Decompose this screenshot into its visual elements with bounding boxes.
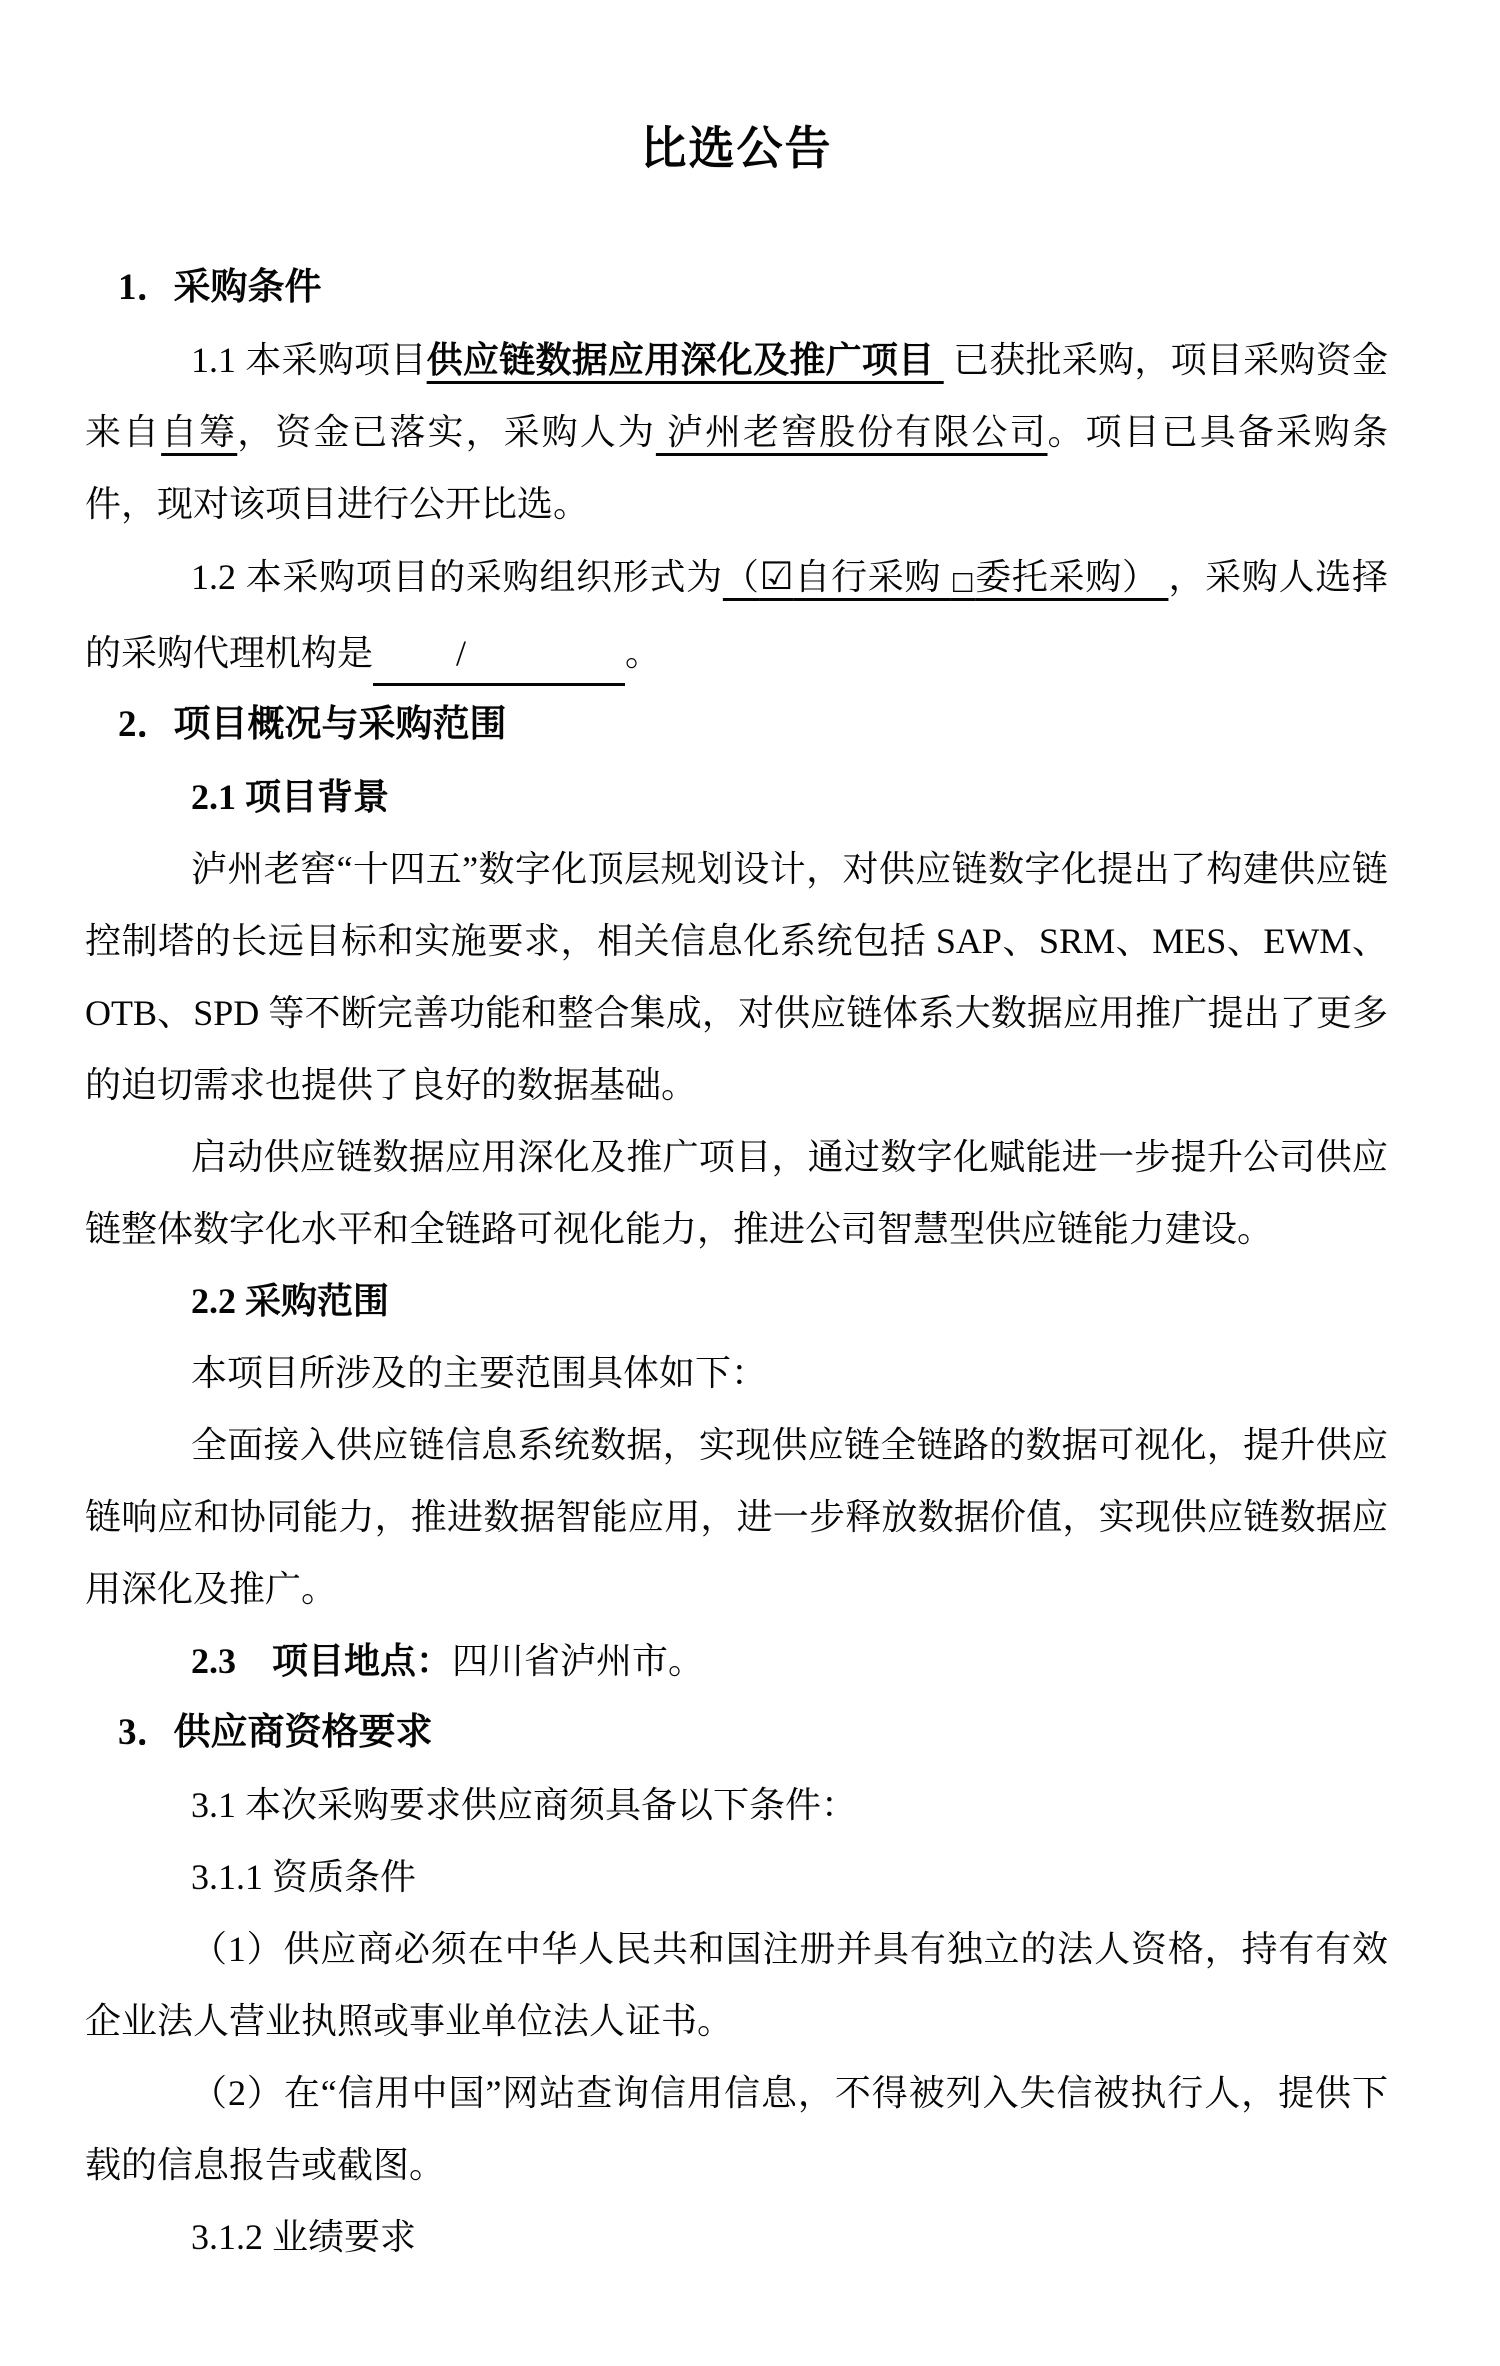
para-qualification-1: （1）供应商必须在中华人民共和国注册并具有独立的法人资格，持有有效企业法人营业执… xyxy=(85,1913,1388,2057)
section-1-number: 1． xyxy=(118,267,174,308)
checkbox-unchecked-icon: □ xyxy=(951,566,975,595)
section-3-heading: 3．供应商资格要求 xyxy=(85,1697,1388,1769)
section-3-number: 3． xyxy=(118,1712,174,1753)
para-scope-intro: 本项目所涉及的主要范围具体如下： xyxy=(85,1337,1388,1409)
blank-purchaser-name: 泸州老窖股份有限公司 xyxy=(656,412,1048,452)
option-self-procurement: 自行采购 xyxy=(794,557,951,597)
section-3-title: 供应商资格要求 xyxy=(174,1712,433,1753)
para-project-background-1: 泸州老窖“十四五”数字化顶层规划设计，对供应链数字化提出了构建供应链控制塔的长远… xyxy=(85,833,1388,1121)
paren-open: （ xyxy=(723,557,760,597)
checkbox-checked-icon: ☑ xyxy=(760,554,794,598)
subheading-2-2: 2.2 采购范围 xyxy=(85,1265,1388,1337)
document-body: 比选公告 1．采购条件 1.1 本采购项目供应链数据应用深化及推广项目 已获批采… xyxy=(0,118,1500,2273)
section-1-title: 采购条件 xyxy=(174,267,322,308)
section-2-number: 2． xyxy=(118,704,174,745)
para-scope-detail: 全面接入供应链信息系统数据，实现供应链全链路的数据可视化，提升供应链响应和协同能… xyxy=(85,1409,1388,1625)
para-3-1: 3.1 本次采购要求供应商须具备以下条件： xyxy=(85,1769,1388,1841)
para-project-location: 2.3 项目地点：四川省泸州市。 xyxy=(85,1625,1388,1697)
para-project-background-2: 启动供应链数据应用深化及推广项目，通过数字化赋能进一步提升公司供应链整体数字化水… xyxy=(85,1121,1388,1265)
section-2-title: 项目概况与采购范围 xyxy=(174,704,507,745)
para-1-1-mid2: ，资金已落实，采购人为 xyxy=(237,412,656,452)
section-2-heading: 2．项目概况与采购范围 xyxy=(85,689,1388,761)
blank-agency-name: / xyxy=(373,623,625,686)
para-1-1-pre: 1.1 本采购项目 xyxy=(191,340,427,380)
para-qualification-2: （2）在“信用中国”网站查询信用信息，不得被列入失信被执行人，提供下载的信息报告… xyxy=(85,2057,1388,2201)
blank-procurement-form: （☑自行采购 □委托采购） xyxy=(723,557,1169,597)
option-entrusted-procurement: 委托采购） xyxy=(975,557,1168,597)
blank-funding-source: 自筹 xyxy=(161,412,237,452)
doc-title: 比选公告 xyxy=(85,118,1388,180)
section-1-heading: 1．采购条件 xyxy=(85,252,1388,324)
subheading-3-1-2: 3.1.2 业绩要求 xyxy=(85,2201,1388,2273)
document-page: 比选公告 1．采购条件 1.1 本采购项目供应链数据应用深化及推广项目 已获批采… xyxy=(0,0,1500,2366)
location-label: 2.3 项目地点： xyxy=(191,1641,452,1681)
para-1-2-post: 。 xyxy=(625,633,661,673)
para-1-2-pre: 1.2 本采购项目的采购组织形式为 xyxy=(191,557,723,597)
subheading-2-1: 2.1 项目背景 xyxy=(85,761,1388,833)
para-1-1: 1.1 本采购项目供应链数据应用深化及推广项目 已获批采购，项目采购资金来自自筹… xyxy=(85,324,1388,540)
subheading-3-1-1: 3.1.1 资质条件 xyxy=(85,1841,1388,1913)
blank-project-name: 供应链数据应用深化及推广项目 xyxy=(427,340,944,380)
location-value: 四川省泸州市。 xyxy=(452,1641,704,1681)
para-1-2: 1.2 本采购项目的采购组织形式为（☑自行采购 □委托采购） ，采购人选择的采购… xyxy=(85,540,1388,689)
